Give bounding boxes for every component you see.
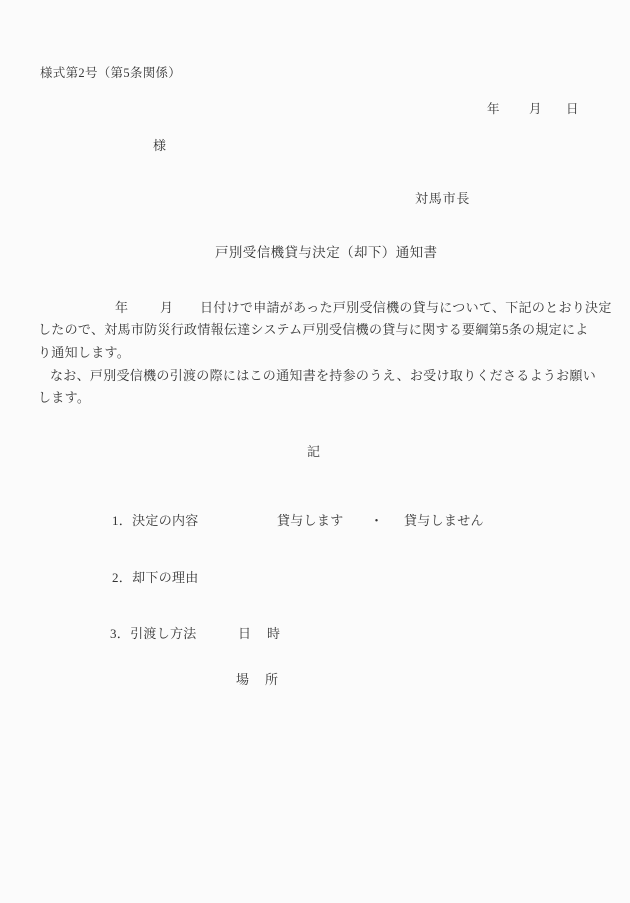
item-1-heading: 1．決定の内容: [112, 513, 199, 528]
document-title: 戸別受信機貸与決定（却下）通知書: [215, 245, 437, 260]
body-line-5: します。: [38, 390, 90, 405]
sender-title: 対馬市長: [415, 191, 470, 206]
item-1-option-separator: ・: [370, 513, 383, 528]
body-line-4: なお、戸別受信機の引渡の際にはこの通知書を持参のうえ、お受け取りくださるようお願…: [50, 368, 596, 383]
application-date-year-label: 年: [115, 300, 128, 315]
issue-date-year-label: 年: [487, 102, 500, 117]
body-line-2: したので、対馬市防災行政情報伝達システム戸別受信機の貸与に関する要綱第5条の規定…: [38, 322, 589, 337]
record-marker: 記: [307, 444, 320, 459]
application-date-month-label: 月: [160, 300, 173, 315]
issue-date-month-label: 月: [529, 102, 542, 117]
notice-document-page: 様式第2号（第5条関係） 年 月 日 様 対馬市長 戸別受信機貸与決定（却下）通…: [0, 0, 630, 903]
body-line-3: り通知します。: [38, 345, 130, 360]
addressee-honorific: 様: [153, 138, 166, 153]
item-3-heading: 3．引渡し方法: [110, 626, 197, 641]
body-line-1: 日付けで申請があった戸別受信機の貸与について、下記のとおり決定: [200, 300, 612, 315]
item-2-heading: 2．却下の理由: [112, 570, 199, 585]
item-1-option-lend: 貸与します: [277, 513, 344, 528]
issue-date-day-label: 日: [566, 102, 579, 117]
item-3-datetime-label: 日 時: [238, 626, 282, 641]
form-number: 様式第2号（第5条関係）: [40, 66, 181, 81]
item-3-place-label: 場 所: [236, 672, 280, 687]
item-1-option-not-lend: 貸与しません: [404, 513, 484, 528]
